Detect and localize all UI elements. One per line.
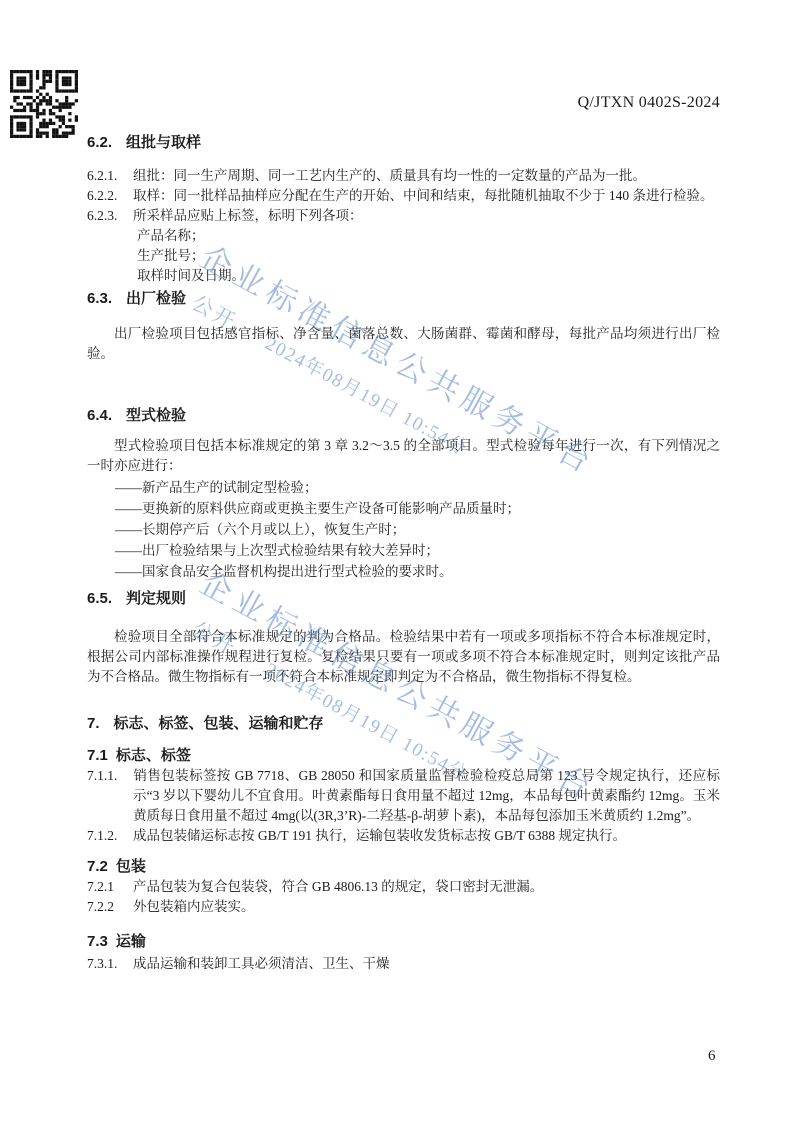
clause-text: 成品包装储运标志按 GB/T 191 执行，运输包装收发货标志按 GB/T 63…	[133, 828, 626, 843]
dash-item: ——新产品生产的试制定型检验；	[115, 477, 720, 498]
heading-title: 标志、标签	[116, 747, 191, 764]
heading-title: 标志、标签、包装、运输和贮存	[114, 715, 324, 732]
heading-title: 运输	[116, 933, 146, 950]
heading-7-3: 7.3运输	[87, 932, 720, 952]
clause-6-2-1: 6.2.1.组批：同一生产周期、同一工艺内生产的、质量具有均一性的一定数量的产品…	[87, 166, 720, 186]
label-item: 生产批号；	[137, 246, 720, 266]
heading-title: 出厂检验	[126, 290, 186, 307]
clause-7-2-2: 7.2.2外包装箱内应装实。	[87, 897, 720, 917]
heading-number: 7.3	[87, 932, 108, 952]
clause-7-3-1: 7.3.1.成品运输和装卸工具必须清洁、卫生、干燥	[87, 954, 720, 974]
document-page: Q/JTXN 0402S-2024 企业标准信息公共服务平台 公开 2024年0…	[0, 0, 794, 1123]
content-column: 6.2.组批与取样 6.2.1.组批：同一生产周期、同一工艺内生产的、质量具有均…	[87, 0, 720, 974]
qr-code	[10, 68, 78, 140]
heading-number: 7.1	[87, 746, 108, 766]
heading-number: 7.2	[87, 857, 108, 877]
heading-number: 6.4.	[87, 406, 112, 426]
label-item: 取样时间及日期。	[137, 266, 720, 286]
heading-6-5: 6.5.判定规则	[87, 589, 720, 609]
page-number: 6	[708, 1048, 716, 1065]
clause-number: 6.2.1.	[87, 166, 133, 186]
heading-7-2: 7.2包装	[87, 857, 720, 877]
clause-text: 组批：同一生产周期、同一工艺内生产的、质量具有均一性的一定数量的产品为一批。	[133, 168, 646, 183]
heading-number: 6.2.	[87, 133, 112, 153]
dash-item: ——国家食品安全监督机构提出进行型式检验的要求时。	[115, 561, 720, 582]
dash-item: ——更换新的原料供应商或更换主要生产设备可能影响产品质量时；	[115, 498, 720, 519]
heading-title: 判定规则	[126, 590, 186, 607]
heading-6-3: 6.3.出厂检验	[87, 289, 720, 309]
clause-text: 销售包装标签按 GB 7718、GB 28050 和国家质量监督检验检疫总局第 …	[133, 768, 720, 823]
dash-item: ——长期停产后（六个月或以上），恢复生产时；	[115, 519, 720, 540]
clause-text: 取样：同一批样品抽样应分配在生产的开始、中间和结束，每批随机抽取不少于 140 …	[133, 188, 714, 203]
heading-title: 包装	[116, 858, 146, 875]
paragraph-6-4: 型式检验项目包括本标准规定的第 3 章 3.2～3.5 的全部项目。型式检验每年…	[87, 436, 720, 476]
clause-6-2-3: 6.2.3.所采样品应贴上标签，标明下列各项：	[87, 206, 720, 226]
clause-text: 外包装箱内应装实。	[133, 899, 255, 914]
dash-item: ——出厂检验结果与上次型式检验结果有较大差异时；	[115, 540, 720, 561]
clause-text: 所采样品应贴上标签，标明下列各项：	[133, 208, 363, 223]
dash-item-list: ——新产品生产的试制定型检验； ——更换新的原料供应商或更换主要生产设备可能影响…	[87, 477, 720, 582]
paragraph-6-5: 检验项目全部符合本标准规定的判为合格品。检验结果中若有一项或多项指标不符合本标准…	[87, 627, 720, 687]
clause-text: 成品运输和装卸工具必须清洁、卫生、干燥	[133, 956, 390, 971]
label-item: 产品名称；	[137, 226, 720, 246]
clause-7-2-1: 7.2.1产品包装为复合包装袋，符合 GB 4806.13 的规定，袋口密封无泄…	[87, 877, 720, 897]
clause-6-2-2: 6.2.2.取样：同一批样品抽样应分配在生产的开始、中间和结束，每批随机抽取不少…	[87, 186, 720, 206]
clause-7-1-1: 7.1.1.销售包装标签按 GB 7718、GB 28050 和国家质量监督检验…	[87, 766, 720, 826]
clause-7-1-2: 7.1.2.成品包装储运标志按 GB/T 191 执行，运输包装收发货标志按 G…	[87, 826, 720, 846]
heading-number: 7.	[87, 714, 100, 734]
heading-title: 型式检验	[126, 407, 186, 424]
clause-number: 7.1.1.	[87, 766, 133, 786]
heading-6-4: 6.4.型式检验	[87, 406, 720, 426]
clause-number: 6.2.3.	[87, 206, 133, 226]
paragraph-6-3: 出厂检验项目包括感官指标、净含量、菌落总数、大肠菌群、霉菌和酵母，每批产品均须进…	[87, 324, 720, 364]
clause-number: 7.3.1.	[87, 954, 133, 974]
heading-number: 6.3.	[87, 289, 112, 309]
heading-6-2: 6.2.组批与取样	[87, 133, 720, 153]
heading-7: 7.标志、标签、包装、运输和贮存	[87, 714, 720, 734]
heading-7-1: 7.1标志、标签	[87, 746, 720, 766]
clause-text: 产品包装为复合包装袋，符合 GB 4806.13 的规定，袋口密封无泄漏。	[133, 879, 543, 894]
heading-number: 6.5.	[87, 589, 112, 609]
clause-number: 6.2.2.	[87, 186, 133, 206]
label-item-list: 产品名称； 生产批号； 取样时间及日期。	[87, 226, 720, 286]
clause-number: 7.2.1	[87, 877, 133, 897]
clause-number: 7.2.2	[87, 897, 133, 917]
clause-number: 7.1.2.	[87, 826, 133, 846]
heading-title: 组批与取样	[126, 134, 201, 151]
